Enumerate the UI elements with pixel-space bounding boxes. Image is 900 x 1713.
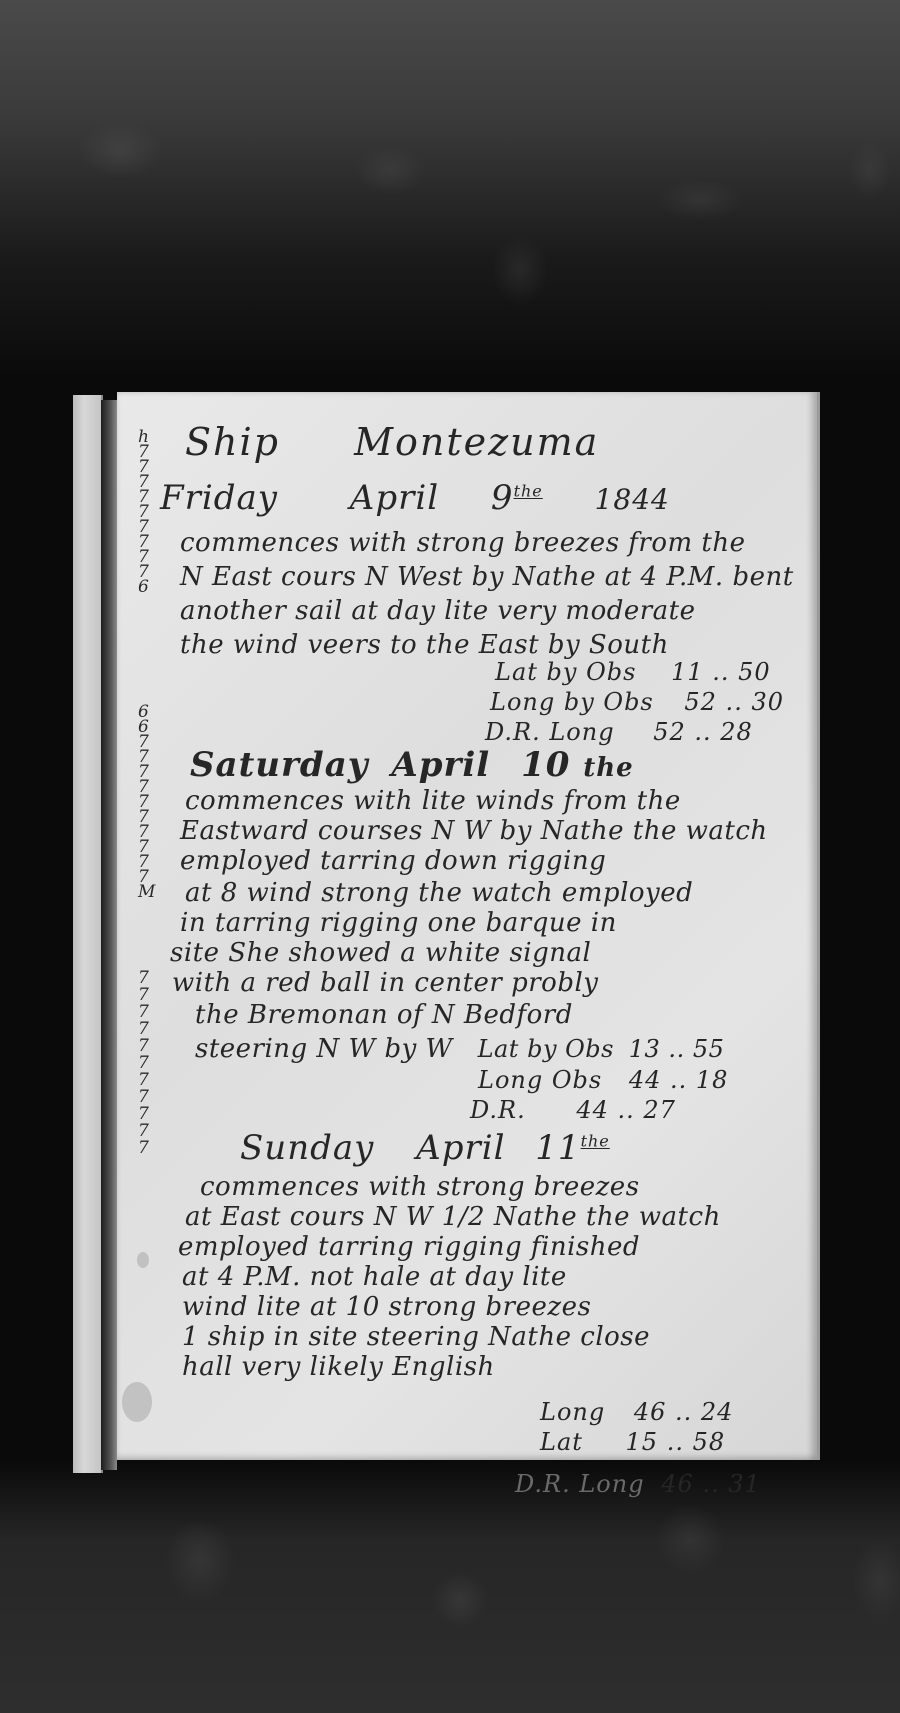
entry-line: commences with strong breezes xyxy=(200,1172,640,1202)
margin-tally-saturday: 6 6 7 7 7 7 7 7 7 7 7 7 M xyxy=(138,705,168,900)
entry-line: hall very likely English xyxy=(182,1352,495,1382)
entry-heading-sunday: Sunday April 11the xyxy=(240,1128,610,1168)
coord-lat: Lat 15 .. 58 xyxy=(540,1428,725,1456)
entry-line: with a red ball in center probly xyxy=(172,968,598,998)
entry-line: another sail at day lite very moderate xyxy=(180,596,696,626)
entry-line: commences with strong breezes from the xyxy=(180,528,746,558)
log-title: Ship Montezuma xyxy=(185,420,599,464)
entry-line: the Bremonan of N Bedford xyxy=(195,1000,573,1030)
entry-line: at East cours N W 1/2 Nathe the watch xyxy=(185,1202,721,1232)
binding-gutter xyxy=(101,400,117,1470)
coord-dr: D.R. 44 .. 27 xyxy=(470,1096,676,1124)
coord-dr-long: D.R. Long 52 .. 28 xyxy=(485,718,753,746)
entry-line: employed tarring down rigging xyxy=(180,846,606,876)
entry-line: wind lite at 10 strong breezes xyxy=(182,1292,591,1322)
entry-heading-friday: Friday April 9the 1844 xyxy=(160,478,670,518)
coord-long: Long 46 .. 24 xyxy=(540,1398,733,1426)
entry-line: at 4 P.M. not hale at day lite xyxy=(182,1262,567,1292)
entry-line: site She showed a white signal xyxy=(170,938,591,968)
coord-lat: Lat by Obs 11 .. 50 xyxy=(495,658,771,686)
entry-line: at 8 wind strong the watch employed xyxy=(185,878,693,908)
entry-line: steering N W by W Lat by Obs 13 .. 55 xyxy=(195,1034,724,1064)
entry-line: the wind veers to the East by South xyxy=(180,630,669,660)
coord-long: Long by Obs 52 .. 30 xyxy=(490,688,784,716)
entry-line: Eastward courses N W by Nathe the watch xyxy=(180,816,768,846)
coord-dr-long: D.R. Long 46 .. 31 xyxy=(515,1470,761,1498)
entry-line: employed tarring rigging finished xyxy=(178,1232,640,1262)
margin-tally-sunday: 7 7 7 7 7 7 7 7 7 7 7 xyxy=(138,970,168,1157)
entry-heading-saturday: Saturday April 10 the xyxy=(190,745,634,785)
entry-line: 1 ship in site steering Nathe close xyxy=(182,1322,650,1352)
entry-line: in tarring rigging one barque in xyxy=(180,908,617,938)
ink-stain xyxy=(122,1382,152,1422)
entry-line: N East cours N West by Nathe at 4 P.M. b… xyxy=(180,562,794,592)
ink-stain xyxy=(137,1252,149,1268)
microfilm-scan: h 7 7 7 7 7 7 7 7 7 6 6 6 7 7 7 7 7 7 7 … xyxy=(0,0,900,1713)
entry-line: commences with lite winds from the xyxy=(185,786,681,816)
facing-page-edge xyxy=(73,395,103,1473)
coord-long: Long Obs 44 .. 18 xyxy=(478,1066,728,1094)
